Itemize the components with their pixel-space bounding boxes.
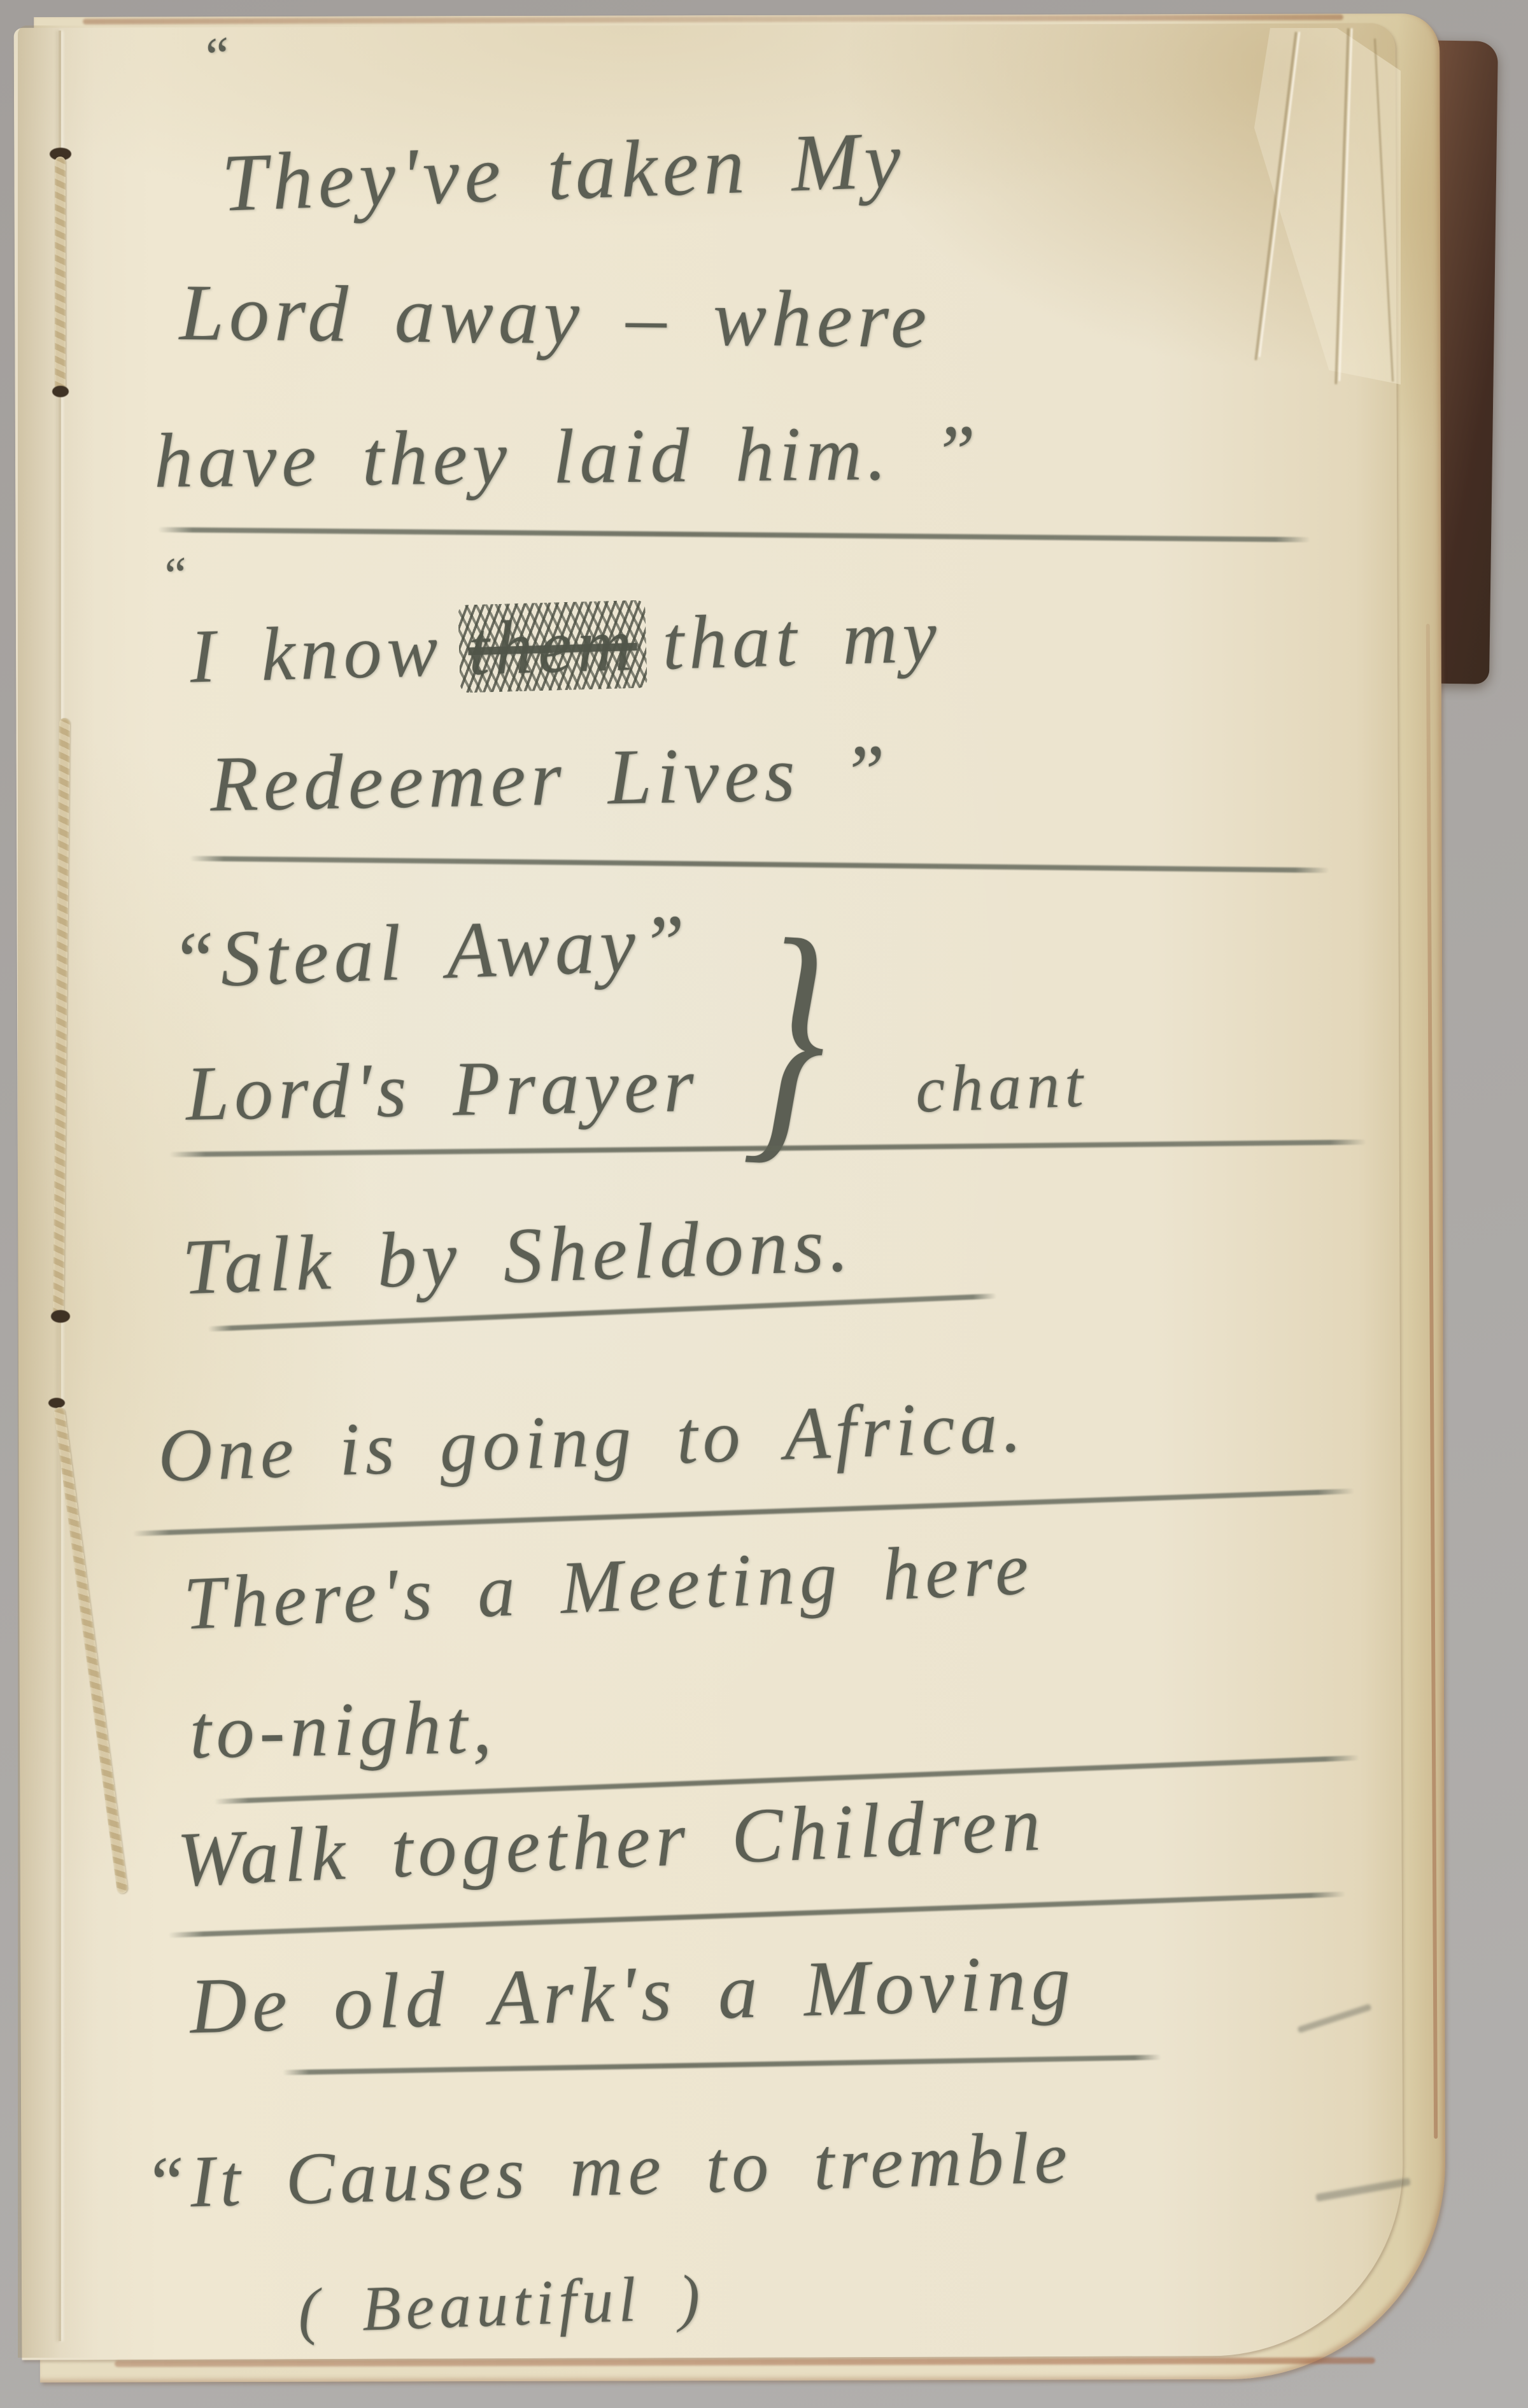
- annotation-beautiful: ( Beautiful ): [297, 2260, 706, 2348]
- stitch-hole-4: [48, 1398, 65, 1408]
- note-tonight: to-night,: [189, 1683, 497, 1776]
- binding-thread-upper: [55, 157, 66, 393]
- verse2-line1-start: I know: [188, 607, 444, 698]
- verse1-line3: have they laid him. ”: [153, 408, 981, 506]
- verse2-line2: Redeemer Lives ”: [209, 728, 891, 830]
- opening-quote-mark: “: [198, 24, 239, 88]
- verse2-line1-end: that my: [661, 593, 943, 686]
- verse1-line2: Lord away – where: [179, 267, 932, 367]
- song-title-lords-prayer: Lord's Prayer: [185, 1041, 700, 1139]
- chant-label: chant: [914, 1046, 1089, 1127]
- song-title-steal-away: “Steal Away”: [169, 898, 692, 1007]
- verse2-open-quote: “: [158, 545, 195, 605]
- stitch-hole-2: [52, 386, 69, 397]
- stitch-hole-3: [51, 1310, 70, 1323]
- crossed-out-word: them: [458, 600, 647, 693]
- photo-background: “ They've taken My Lord away – where hav…: [0, 0, 1528, 2408]
